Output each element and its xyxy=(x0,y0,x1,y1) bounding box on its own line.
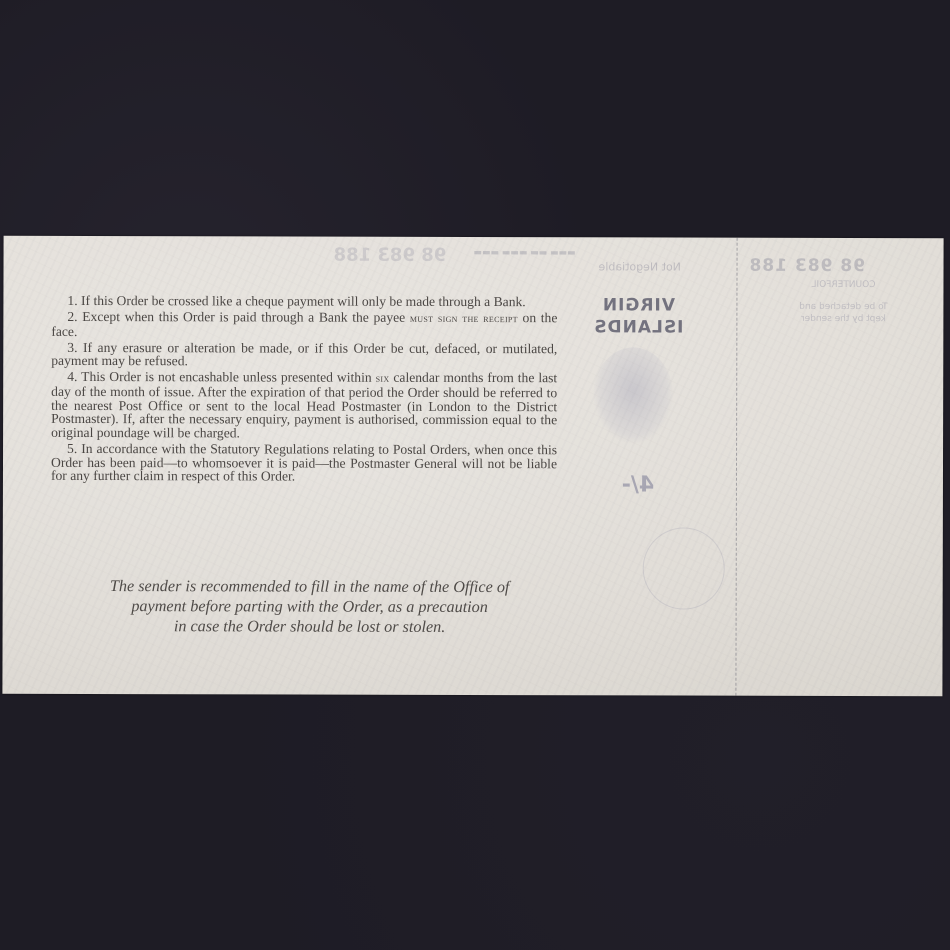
recommendation-line-3: in case the Order should be lost or stol… xyxy=(55,616,565,637)
counterfoil-line1-ghost: To be detached and xyxy=(758,302,928,313)
condition-5: 5. In accordance with the Statutory Regu… xyxy=(51,442,557,484)
ghost-note-line: ▬▬▬ ▬▬ ▬▬▬ ▬▬▬ xyxy=(474,248,576,259)
condition-text: If this Order be crossed like a cheque p… xyxy=(81,293,526,309)
condition-number: 4. xyxy=(67,369,81,384)
condition-text: If any erasure or alteration be made, or… xyxy=(51,340,557,369)
small-caps-text: must sign the receipt xyxy=(410,311,518,325)
perforation-line xyxy=(735,238,737,696)
counterfoil-line2-ghost: kept by the sender xyxy=(758,314,928,325)
small-caps-text: six xyxy=(376,371,390,385)
ghost-not-negotiable: Not Negotiable xyxy=(599,260,681,273)
ghost-serial-left: 98 983 188 xyxy=(334,245,447,266)
condition-3: 3. If any erasure or alteration be made,… xyxy=(51,341,557,370)
virgin-islands-overprint: VIRGIN ISLANDS xyxy=(583,294,693,338)
condition-text: Except when this Order is paid through a… xyxy=(82,309,410,325)
counterfoil-heading-ghost: COUNTERFOIL xyxy=(758,280,928,291)
recommendation-line-1: The sender is recommended to fill in the… xyxy=(55,576,565,597)
condition-2: 2. Except when this Order is paid throug… xyxy=(51,310,557,340)
condition-number: 1. xyxy=(67,293,81,308)
portrait-show-through xyxy=(593,347,673,443)
recommendation-line-2: payment before parting with the Order, a… xyxy=(55,596,565,617)
ghost-sender-note: ▬▬▬ ▬▬ ▬▬▬ ▬▬▬ xyxy=(474,248,576,259)
conditions-text: 1. If this Order be crossed like a chequ… xyxy=(51,294,557,487)
condition-number: 2. xyxy=(67,309,82,324)
overprint-line-1: VIRGIN xyxy=(583,294,693,316)
condition-1: 1. If this Order be crossed like a chequ… xyxy=(51,294,557,309)
postal-order-reverse: 98 983 188 ▬▬▬ ▬▬ ▬▬▬ ▬▬▬ Not Negotiable… xyxy=(2,236,943,696)
value-show-through: 4/- xyxy=(583,472,693,497)
condition-text: In accordance with the Statutory Regulat… xyxy=(51,441,557,484)
sender-recommendation: The sender is recommended to fill in the… xyxy=(55,576,565,637)
counterfoil-serial-ghost: 98 983 188 xyxy=(748,256,865,276)
condition-4: 4. This Order is not encashable unless p… xyxy=(51,370,557,440)
overprint-line-2: ISLANDS xyxy=(583,316,693,338)
condition-text: This Order is not encashable unless pres… xyxy=(81,369,376,385)
stamp-circle-show-through xyxy=(643,527,725,609)
